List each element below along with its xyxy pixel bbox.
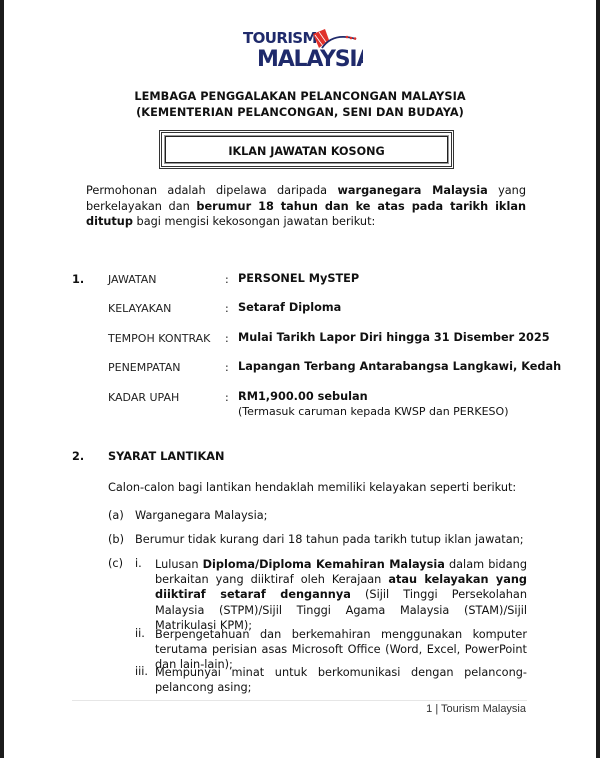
intro-paragraph: Permohonan adalah dipelawa daripada warg… (86, 183, 526, 230)
section-2-title: SYARAT LANTIKAN (108, 450, 224, 463)
page-footer: 1 | Tourism Malaysia (426, 703, 526, 715)
title-box: IKLAN JAWATAN KOSONG (159, 130, 454, 169)
sub-item-label: ii. (135, 627, 145, 640)
field-label-penempatan: PENEMPATAN (108, 361, 180, 374)
field-colon: : (225, 332, 229, 345)
field-label-jawatan: JAWATAN (108, 273, 157, 286)
field-value-penempatan: Lapangan Terbang Antarabangsa Langkawi, … (238, 360, 561, 373)
list-item-label: (b) (108, 533, 124, 546)
list-item-label: (a) (108, 509, 124, 522)
field-colon: : (225, 361, 229, 374)
field-label-kadar-upah: KADAR UPAH (108, 391, 179, 404)
intro-bold-citizen: warganegara Malaysia (337, 184, 487, 197)
section-1-number: 1. (72, 273, 84, 286)
logo-line1: TOURISM (243, 29, 317, 47)
list-item-text: Berumur tidak kurang dari 18 tahun pada … (135, 533, 524, 546)
section-2-number: 2. (72, 450, 84, 463)
field-value-kadar-upah: RM1,900.00 sebulan (238, 390, 368, 403)
sub-item-label: iii. (135, 665, 148, 678)
field-value-jawatan: PERSONEL MySTEP (238, 272, 359, 285)
field-value-tempoh-kontrak: Mulai Tarikh Lapor Diri hingga 31 Disemb… (238, 331, 550, 344)
field-label-tempoh-kontrak: TEMPOH KONTRAK (108, 332, 210, 345)
sub-item-text: Mempunyai minat untuk berkomunikasi deng… (155, 665, 527, 695)
list-item-label: (c) (108, 557, 123, 570)
logo-line2: MALAYSIA (257, 47, 363, 72)
organization-name: LEMBAGA PENGGALAKAN PELANCONGAN MALAYSIA (0, 90, 600, 103)
field-colon: : (225, 273, 229, 286)
page-title: IKLAN JAWATAN KOSONG (162, 145, 451, 158)
section-2-lead: Calon-calon bagi lantikan hendaklah memi… (108, 481, 516, 494)
field-colon: : (225, 391, 229, 404)
field-note-kadar-upah: (Termasuk caruman kepada KWSP dan PERKES… (238, 405, 508, 418)
field-value-kelayakan: Setaraf Diploma (238, 301, 341, 314)
footer-divider (72, 700, 527, 701)
tourism-malaysia-logo: TOURISM MALAYSIA (243, 26, 363, 76)
list-item-text: Warganegara Malaysia; (135, 509, 267, 522)
sub-item-text: Lulusan Diploma/Diploma Kemahiran Malays… (155, 557, 527, 633)
field-colon: : (225, 302, 229, 315)
tourism-malaysia-logo-kite-icon: TOURISM MALAYSIA (243, 26, 363, 76)
field-label-kelayakan: KELAYAKAN (108, 302, 171, 315)
sub-item-label: i. (135, 557, 142, 570)
ministry-name: (KEMENTERIAN PELANCONGAN, SENI DAN BUDAY… (0, 106, 600, 119)
